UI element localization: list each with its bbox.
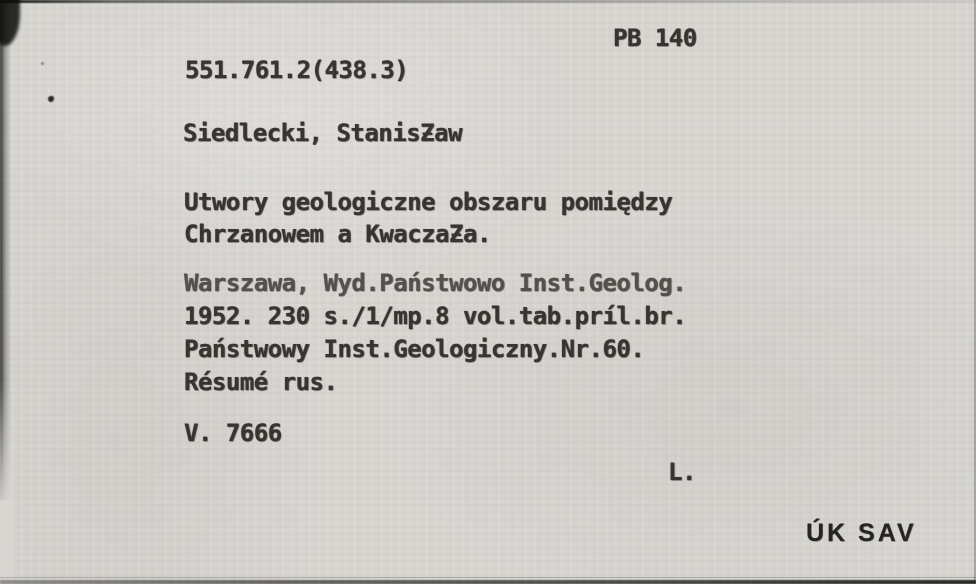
scan-edge-top	[0, 0, 976, 3]
ink-speck-small	[41, 62, 44, 65]
shelf-number: V. 7666	[184, 419, 282, 447]
imprint-line-3: Państwowy Inst.Geologiczny.Nr.60.	[184, 335, 644, 363]
title-line-1: Utwory geologiczne obszaru pomiędzy	[184, 188, 672, 216]
ink-speck	[48, 96, 54, 102]
udc-number: 551.761.2(438.3)	[185, 56, 408, 84]
accession-stamp: PB 140	[613, 24, 697, 52]
scan-crease-bottom	[0, 577, 976, 578]
author-line: Siedlecki, StanisƵaw	[183, 119, 462, 147]
library-stamp: ÚK SAV	[806, 519, 917, 548]
imprint-line-4: Résumé rus.	[184, 368, 337, 396]
scan-edge-bottom	[0, 580, 976, 584]
imprint-line-2: 1952. 230 s./1/mp.8 vol.tab.príl.br.	[184, 302, 686, 330]
catalog-card: PB 140 551.761.2(438.3) Siedlecki, Stani…	[0, 0, 976, 584]
imprint-line-1: Warszawa, Wyd.Państwowo Inst.Geolog.	[184, 269, 686, 297]
title-line-2: Chrzanowem a KwaczaƵa.	[184, 220, 491, 248]
scan-edge-left-fade	[0, 380, 14, 584]
cataloguer-initial: L.	[668, 458, 696, 486]
